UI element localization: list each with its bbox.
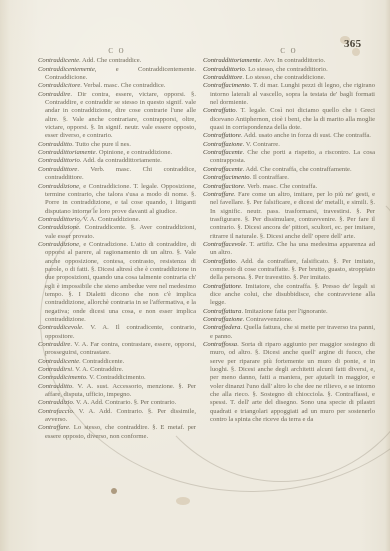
entry-headword: Contraddizione [38, 241, 79, 248]
dictionary-entry: Contraffattore. Imitatore, che contraffa… [203, 283, 375, 308]
entry-definition: . Lo stesso, che contraddicione. [242, 74, 325, 81]
entry-definition: . Lo stesso, che contraddittorio. [245, 66, 328, 73]
entry-definition: . Opinione, e contraddizione. [96, 149, 173, 156]
entry-headword: Contraffacente [203, 166, 243, 173]
dictionary-entry: Contraffazione. V. Contrarre. [203, 141, 375, 149]
entry-definition: . Add. da contraddittoriamente. [80, 157, 162, 164]
entry-headword: Contraffazione [203, 141, 243, 148]
entry-headword: Contraddire [38, 91, 70, 98]
entry-headword: Contradditto [38, 383, 72, 390]
entry-definition: . Add. Che contraddice. [79, 57, 141, 64]
dictionary-entry: Contraffattura. Imitazione fatta per l'i… [203, 308, 375, 316]
dictionary-entry: Contraddizio. V. A. Add. Contrario. §. P… [38, 399, 196, 407]
entry-headword: Contraddicimento [38, 374, 86, 381]
dictionary-entry: Contraddicentemente, e Contraddicentemen… [38, 66, 196, 83]
dictionary-entry: Contrafaccio. V. A. Add. Contrario. §. P… [38, 408, 196, 425]
entry-definition: , e Contradizione. L'atto di contraddire… [45, 241, 196, 323]
dictionary-entry: Contraffacente. Add. Che contraffa, che … [203, 166, 375, 174]
dictionary-entry: Contraddicitore. Verbal. masc. Che contr… [38, 82, 196, 90]
dictionary-page: 365 C O Contraddicente. Add. Che contrad… [0, 0, 390, 551]
entry-headword: Contraddicitore [38, 82, 80, 89]
entry-definition: . Imitazione fatta per l'ignorante. [241, 308, 327, 315]
entry-headword: Contraddicente [38, 358, 79, 365]
dictionary-entry: Contraffossa. Sorta di riparo aggiunto p… [203, 341, 375, 424]
dictionary-entry: Contraddizione. Contraddicente. §. Aver … [38, 224, 196, 241]
column-header: C O [203, 48, 375, 56]
entry-definition: . T. legale. Così noi diciamo quello che… [210, 107, 375, 131]
entry-definition: . Fare come un altro, imitare, per lo pi… [210, 191, 375, 240]
dictionary-entry: Contraffacimento. Il contraffare. [203, 174, 375, 182]
entry-headword: Contraffare [38, 424, 69, 431]
dictionary-entry: Contraddire. Dir contra, essere, victare… [38, 91, 196, 141]
entry-headword: Contraddittore [38, 166, 77, 173]
dictionary-entry: Contraffazione. Contravvenzione. [203, 316, 375, 324]
dictionary-entry: Contraddittorio. Lo stesso, che contradd… [203, 66, 375, 74]
entry-headword: Contraddizione [38, 224, 79, 231]
entry-definition: . V. Contrarre. [243, 141, 280, 148]
dictionary-entry: Contraddittore. Verb. masc. Chi contradd… [38, 166, 196, 183]
entry-headword: Contraffacimento [203, 174, 250, 181]
dictionary-entry: Contraddittore. Lo stesso, che contraddi… [203, 74, 375, 82]
entry-headword: Contraddire [38, 341, 70, 348]
entry-headword: Contraddittoriamente [203, 57, 261, 64]
entry-headword: Contraddicevole [38, 324, 82, 331]
entry-headword: Contraffacitore [203, 183, 244, 190]
entry-headword: Contraffattore [203, 283, 241, 290]
dictionary-entry: Contraffatto. Add. da contraffare, falsi… [203, 258, 375, 283]
entry-headword: Contraffedera [203, 324, 240, 331]
entry-definition: . V. A. Contraddizione. [80, 216, 140, 223]
entry-headword: Contraffazione [203, 316, 243, 323]
entry-headword: Contraddirsi [38, 366, 72, 373]
entry-definition: . Sorta di riparo aggiunto per maggior s… [210, 341, 375, 423]
entry-definition: . Add. Che contraffa, che contraffamente… [243, 166, 352, 173]
entry-definition: . Avv. In contraddittorio. [261, 57, 326, 64]
entry-definition: . Dir contra, essere, victare, opporsi. … [45, 91, 196, 140]
entry-headword: Contraffatto [203, 107, 236, 114]
dictionary-entry: Contraddittorio. V. A. Contraddizione. [38, 216, 196, 224]
dictionary-entry: Contraffedera. Quella fattura, che si me… [203, 324, 375, 341]
entry-definition: . Contraddicente. [79, 358, 124, 365]
dictionary-entry: Contraddire. V. A. Far contra, contrasta… [38, 341, 196, 358]
dictionary-entry: Contraffare. Lo stesso, che contraddire.… [38, 424, 196, 441]
entry-headword: Contradditto [38, 141, 72, 148]
dictionary-entry: Contraffattore. Add. usato anche in forz… [203, 132, 375, 140]
dictionary-entry: Contraddicente. Contraddicente. [38, 358, 196, 366]
column-header: C O [38, 48, 196, 56]
entry-headword: Contraffattore [203, 132, 241, 139]
dictionary-entry: Contraddittorio. Add. da contraddittoria… [38, 157, 196, 165]
entry-headword: Contraddicentemente [38, 66, 95, 73]
entry-definition: . Verb. masc. Che contraffa. [244, 183, 317, 190]
entry-headword: Contraddittorio [38, 216, 80, 223]
entry-headword: Contraddizione [38, 183, 79, 190]
entry-headword: Contraffacevole [203, 241, 245, 248]
entry-headword: Contraddicente [38, 57, 79, 64]
entry-definition: . Add. da contraffare, falsificato. §. P… [210, 258, 375, 282]
dictionary-entry: Contraffacitore. Verb. masc. Che contraf… [203, 183, 375, 191]
entry-definition: . V. A. Contraddire. [72, 366, 123, 373]
dictionary-entry: Contraddizione, e Contraddicione. T. leg… [38, 183, 196, 216]
entry-headword: Contraffacente [203, 149, 243, 156]
entry-definition: . Add. usato anche in forza di sust. Che… [241, 132, 371, 139]
right-column: C O Contraddittoriamente. Avv. In contra… [203, 48, 375, 424]
entry-definition: . V. Contraddicimento. [86, 374, 146, 381]
entry-headword: Contraddizio [38, 399, 73, 406]
foxing-stain [176, 497, 190, 505]
entry-headword: Contraddittorio [203, 66, 245, 73]
entry-headword: Contrafaccio [38, 408, 73, 415]
entry-headword: Contraffacimento [203, 82, 250, 89]
dictionary-entry: Contraddizione, e Contradizione. L'atto … [38, 241, 196, 324]
dictionary-entry: Contraffacimento. T. di mar. Lunghi pezz… [203, 82, 375, 107]
dictionary-entry: Contraffare. Fare come un altro, imitare… [203, 191, 375, 241]
entry-headword: Contraddittore [203, 74, 242, 81]
entry-definition: . Tutto che pure il nes. [72, 141, 131, 148]
foxing-stain [111, 488, 117, 494]
entry-definition: . Il contraffare. [250, 174, 289, 181]
dictionary-entry: Contraddicimento. V. Contraddicimento. [38, 374, 196, 382]
entry-headword: Contraffossa [203, 341, 237, 348]
dictionary-entry: Contraddicevole. V. A. Il contradicente,… [38, 324, 196, 341]
dictionary-entry: Contradditto. Tutto che pure il nes. [38, 141, 196, 149]
dictionary-entry: Contraddittoriamente. Avv. In contraddit… [203, 57, 375, 65]
dictionary-entry: Contraffatto. T. legale. Così noi diciam… [203, 107, 375, 132]
dictionary-entry: Contradditto. V. A. sust. Accessorio, me… [38, 383, 196, 400]
dictionary-entry: Contraddicente. Add. Che contraddice. [38, 57, 196, 65]
entry-list: Contraddittoriamente. Avv. In contraddit… [203, 57, 375, 424]
dictionary-entry: Contraffacente. Che che porti a rispetto… [203, 149, 375, 166]
entry-definition: . V. A. Add. Contrario. §. Per contrario… [73, 399, 176, 406]
entry-headword: Contraffare [203, 191, 234, 198]
dictionary-entry: Contraddittoriamente. Opinione, e contra… [38, 149, 196, 157]
entry-list: Contraddicente. Add. Che contraddice.Con… [38, 57, 196, 441]
entry-definition: . Verbal. masc. Che contraddice. [80, 82, 165, 89]
dictionary-entry: Contraddirsi. V. A. Contraddire. [38, 366, 196, 374]
entry-definition: . Contravvenzione. [243, 316, 293, 323]
entry-headword: Contraddittoriamente [38, 149, 96, 156]
left-column: C O Contraddicente. Add. Che contraddice… [38, 48, 196, 441]
entry-headword: Contraffattura [203, 308, 241, 315]
entry-headword: Contraddittorio [38, 157, 80, 164]
entry-headword: Contraffatto [203, 258, 236, 265]
dictionary-entry: Contraffacevole. T. artifiz. Che ha una … [203, 241, 375, 258]
